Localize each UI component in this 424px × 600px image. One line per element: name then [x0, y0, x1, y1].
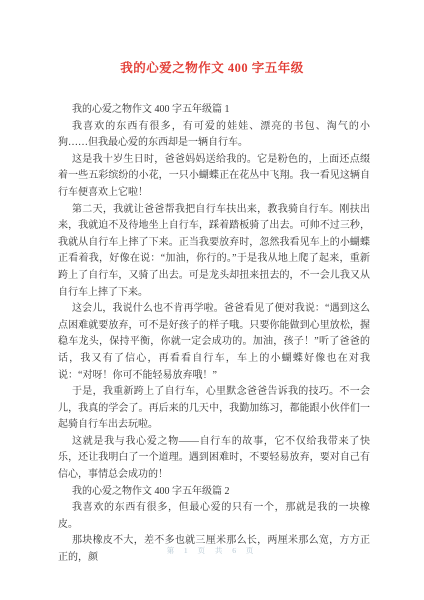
page-footer: 第 1 页 共 6 页 — [0, 545, 424, 556]
section-1-paragraph-2: 这是我十岁生日时，爸爸妈妈送给我的。它是粉色的，上面还点缀着一些五彩缤纷的小花，… — [58, 152, 370, 202]
document-content: 我的心爱之物作文 400 字五年级篇 1 我喜欢的东西有很多，有可爱的娃娃、漂亮… — [0, 102, 424, 567]
page-number: 第 1 页 共 6 页 — [167, 546, 258, 555]
section-1-paragraph-1: 我喜欢的东西有很多，有可爱的娃娃、漂亮的书包、淘气的小狗……但我最心爱的东西却是… — [58, 119, 370, 152]
section-1-paragraph-4: 这会儿，我说什么也不肯再学啦。爸爸看见了便对我说：“遇到这么点困难就要放弃，可不… — [58, 301, 370, 384]
section-1-heading: 我的心爱之物作文 400 字五年级篇 1 — [58, 102, 370, 119]
page-title: 我的心爱之物作文 400 字五年级 — [0, 0, 424, 76]
section-2-paragraph-1: 我喜欢的东西有很多，但最心爱的只有一个，那就是我的一块橡皮。 — [58, 500, 370, 533]
section-1-paragraph-6: 这就是我与我心爱之物——自行车的故事，它不仅给我带来了快乐，还让我明白了一个道理… — [58, 434, 370, 484]
section-2-heading: 我的心爱之物作文 400 字五年级篇 2 — [58, 484, 370, 501]
document-page: 我的心爱之物作文 400 字五年级 我的心爱之物作文 400 字五年级篇 1 我… — [0, 0, 424, 600]
section-1-paragraph-3: 第二天，我就让爸爸帮我把自行车扶出来，教我骑自行车。刚扶出来，我就迫不及待地坐上… — [58, 202, 370, 302]
section-1-paragraph-5: 于是，我重新跨上了自行车，心里默念爸爸告诉我的技巧。不一会儿，我真的学会了。再后… — [58, 384, 370, 434]
